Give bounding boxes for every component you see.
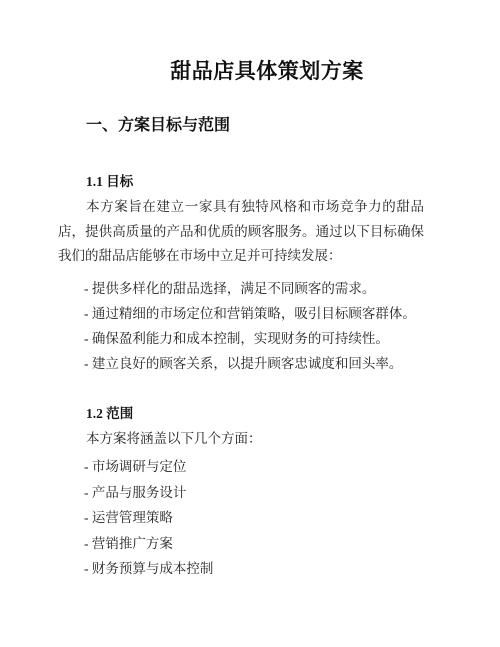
bullet-item: - 财务预算与成本控制 [58,556,424,582]
paragraph-goal-intro: 本方案旨在建立一家具有独特风格和市场竞争力的甜品店，提供高质量的产品和优质的顾客… [58,195,424,269]
section-heading-1: 一、方案目标与范围 [58,115,424,137]
bullet-item: - 建立良好的顾客关系，以提升顾客忠诚度和回头率。 [58,351,424,376]
bullet-item: - 运营管理策略 [58,505,424,531]
subsection-heading-1-2: 1.2 范围 [58,404,424,423]
document-title: 甜品店具体策划方案 [58,0,424,87]
bullet-item: - 提供多样化的甜品选择，满足不同顾客的需求。 [58,276,424,301]
bullet-list-goals: - 提供多样化的甜品选择，满足不同顾客的需求。 - 通过精细的市场定位和营销策略… [58,276,424,376]
bullet-item: - 市场调研与定位 [58,454,424,480]
document-page: 甜品店具体策划方案 一、方案目标与范围 1.1 目标 本方案旨在建立一家具有独特… [0,0,500,647]
bullet-item: - 通过精细的市场定位和营销策略，吸引目标顾客群体。 [58,301,424,326]
subsection-heading-1-1: 1.1 目标 [58,172,424,191]
bullet-list-scope: - 市场调研与定位 - 产品与服务设计 - 运营管理策略 - 营销推广方案 - … [58,454,424,582]
paragraph-scope-intro: 本方案将涵盖以下几个方面： [58,427,424,452]
bullet-item: - 营销推广方案 [58,531,424,557]
bullet-item: - 产品与服务设计 [58,480,424,506]
document-content: 甜品店具体策划方案 一、方案目标与范围 1.1 目标 本方案旨在建立一家具有独特… [0,0,500,582]
bullet-item: - 确保盈利能力和成本控制，实现财务的可持续性。 [58,326,424,351]
